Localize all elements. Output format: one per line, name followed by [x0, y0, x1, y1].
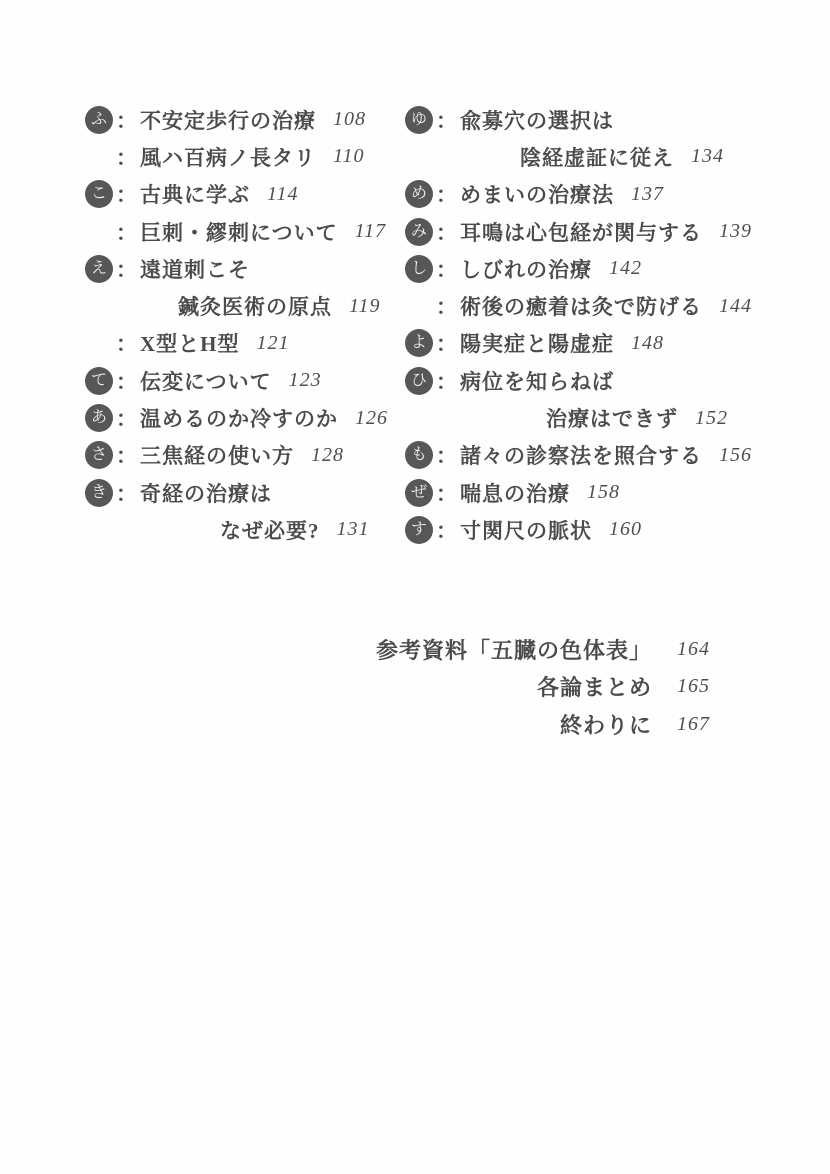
- entry-page-number: 110: [333, 145, 365, 168]
- entry-colon: ：: [116, 366, 137, 396]
- entry-title: 伝変について: [140, 366, 272, 396]
- entry-page-number: 152: [695, 407, 728, 430]
- back-matter-entry: 終わりに167: [560, 706, 710, 743]
- entry-marker-circle: し: [405, 255, 433, 283]
- toc-entry: あ：温めるのか冷すのか126: [85, 399, 405, 436]
- entry-marker-circle: て: [85, 367, 113, 395]
- entry-title: なぜ必要?: [220, 515, 320, 545]
- entry-colon: ：: [436, 105, 457, 135]
- toc-entry: 治療はできず152: [546, 399, 735, 436]
- entry-colon: ：: [436, 478, 457, 508]
- entry-marker-circle: ゆ: [405, 106, 433, 134]
- toc-columns: ふ：不安定歩行の治療108：風ハ百病ノ長タリ110こ：古典に学ぶ114：巨刺・繆…: [85, 101, 735, 549]
- entry-page-number: 167: [664, 713, 710, 736]
- entry-title: 鍼灸医術の原点: [178, 291, 332, 321]
- entry-title: 奇経の治療は: [140, 478, 272, 508]
- toc-entry: て：伝変について123: [85, 362, 405, 399]
- entry-marker-circle: ぜ: [405, 479, 433, 507]
- entry-colon: ：: [116, 478, 137, 508]
- entry-colon: ：: [436, 179, 457, 209]
- toc-entry: き：奇経の治療は: [85, 474, 405, 511]
- entry-colon: ：: [116, 105, 137, 135]
- toc-entry: み：耳鳴は心包経が関与する139: [405, 213, 735, 250]
- entry-colon: ：: [116, 403, 137, 433]
- entry-title: 各論まとめ: [537, 671, 652, 702]
- entry-colon: ：: [436, 328, 457, 358]
- entry-title: 陰経虚証に従え: [520, 142, 674, 172]
- entry-page-number: 156: [719, 444, 752, 467]
- entry-page-number: 117: [355, 220, 387, 243]
- entry-title: 陽実症と陽虚症: [460, 328, 614, 358]
- entry-page-number: 131: [337, 518, 370, 541]
- entry-title: しびれの治療: [460, 254, 592, 284]
- entry-title: めまいの治療法: [460, 179, 614, 209]
- entry-title: 温めるのか冷すのか: [140, 403, 338, 433]
- toc-column-left: ふ：不安定歩行の治療108：風ハ百病ノ長タリ110こ：古典に学ぶ114：巨刺・繆…: [85, 101, 405, 549]
- toc-entry: よ：陽実症と陽虚症148: [405, 325, 735, 362]
- entry-title: 巨刺・繆刺について: [140, 217, 338, 247]
- entry-colon: ：: [116, 328, 137, 358]
- entry-page-number: 119: [349, 295, 381, 318]
- back-matter-entry: 参考資料「五臓の色体表」164: [376, 631, 710, 668]
- entry-page-number: 114: [267, 183, 299, 206]
- entry-page-number: 148: [631, 332, 664, 355]
- back-matter-entry: 各論まとめ165: [537, 668, 710, 705]
- toc-entry: も：諸々の診察法を照合する156: [405, 437, 735, 474]
- entry-marker-circle: よ: [405, 329, 433, 357]
- entry-page-number: 165: [664, 675, 710, 698]
- entry-title: 諸々の診察法を照合する: [460, 440, 702, 470]
- entry-page-number: 126: [355, 407, 388, 430]
- entry-page-number: 160: [609, 518, 642, 541]
- entry-page-number: 128: [311, 444, 344, 467]
- entry-colon: ：: [116, 440, 137, 470]
- entry-colon: ：: [436, 291, 457, 321]
- entry-page-number: 164: [664, 638, 710, 661]
- entry-title: 古典に学ぶ: [140, 179, 250, 209]
- toc-entry: め：めまいの治療法137: [405, 176, 735, 213]
- entry-title: 風ハ百病ノ長タリ: [140, 142, 316, 172]
- entry-marker-circle: め: [405, 180, 433, 208]
- toc-entry: さ：三焦経の使い方128: [85, 437, 405, 474]
- entry-title: 兪募穴の選択は: [460, 105, 614, 135]
- toc-column-right: ゆ：兪募穴の選択は陰経虚証に従え134め：めまいの治療法137み：耳鳴は心包経が…: [405, 101, 735, 549]
- entry-page-number: 123: [289, 369, 322, 392]
- toc-entry: 鍼灸医術の原点119: [178, 287, 405, 324]
- entry-colon: ：: [116, 142, 137, 172]
- toc-entry: こ：古典に学ぶ114: [85, 176, 405, 213]
- toc-entry: え：遠道刺こそ: [85, 250, 405, 287]
- entry-marker-circle: え: [85, 255, 113, 283]
- toc-entry: ：風ハ百病ノ長タリ110: [85, 138, 405, 175]
- entry-marker-circle: ひ: [405, 367, 433, 395]
- entry-marker-circle: み: [405, 218, 433, 246]
- toc-entry: ゆ：兪募穴の選択は: [405, 101, 735, 138]
- toc-entry: ぜ：喘息の治療158: [405, 474, 735, 511]
- toc-entry: なぜ必要?131: [220, 511, 405, 548]
- entry-colon: ：: [436, 217, 457, 247]
- entry-marker-circle: ふ: [85, 106, 113, 134]
- entry-page-number: 137: [631, 183, 664, 206]
- toc-entry: し：しびれの治療142: [405, 250, 735, 287]
- entry-title: 三焦経の使い方: [140, 440, 294, 470]
- entry-marker-circle: す: [405, 516, 433, 544]
- entry-colon: ：: [116, 217, 137, 247]
- entry-marker-circle: こ: [85, 180, 113, 208]
- entry-colon: ：: [436, 515, 457, 545]
- entry-title: 喘息の治療: [460, 478, 570, 508]
- entry-title: 病位を知らねば: [460, 366, 614, 396]
- toc-entry: す：寸関尺の脈状160: [405, 511, 735, 548]
- entry-title: 不安定歩行の治療: [140, 105, 316, 135]
- entry-page-number: 139: [719, 220, 752, 243]
- entry-title: 参考資料「五臓の色体表」: [376, 634, 652, 665]
- entry-page-number: 121: [257, 332, 290, 355]
- entry-title: 終わりに: [560, 709, 652, 740]
- entry-title: 治療はできず: [546, 403, 678, 433]
- entry-title: 寸関尺の脈状: [460, 515, 592, 545]
- book-toc-page: ふ：不安定歩行の治療108：風ハ百病ノ長タリ110こ：古典に学ぶ114：巨刺・繆…: [0, 0, 830, 1174]
- toc-entry: ：術後の癒着は灸で防げる144: [405, 287, 735, 324]
- entry-page-number: 158: [587, 481, 620, 504]
- entry-colon: ：: [436, 366, 457, 396]
- entry-marker-circle: あ: [85, 404, 113, 432]
- entry-page-number: 142: [609, 257, 642, 280]
- entry-marker-circle: さ: [85, 441, 113, 469]
- toc-entry: ：X型とH型121: [85, 325, 405, 362]
- entry-marker-circle: き: [85, 479, 113, 507]
- entry-colon: ：: [436, 440, 457, 470]
- back-matter-section: 参考資料「五臓の色体表」164各論まとめ165終わりに167: [376, 631, 710, 743]
- toc-entry: ：巨刺・繆刺について117: [85, 213, 405, 250]
- toc-entry: ふ：不安定歩行の治療108: [85, 101, 405, 138]
- entry-title: 耳鳴は心包経が関与する: [460, 217, 702, 247]
- entry-page-number: 144: [719, 295, 752, 318]
- entry-title: 術後の癒着は灸で防げる: [460, 291, 702, 321]
- entry-title: 遠道刺こそ: [140, 254, 250, 284]
- entry-colon: ：: [116, 179, 137, 209]
- entry-page-number: 108: [333, 108, 366, 131]
- entry-marker-circle: も: [405, 441, 433, 469]
- toc-entry: ひ：病位を知らねば: [405, 362, 735, 399]
- entry-title: X型とH型: [140, 328, 240, 358]
- entry-page-number: 134: [691, 145, 724, 168]
- entry-colon: ：: [116, 254, 137, 284]
- toc-entry: 陰経虚証に従え134: [520, 138, 735, 175]
- entry-colon: ：: [436, 254, 457, 284]
